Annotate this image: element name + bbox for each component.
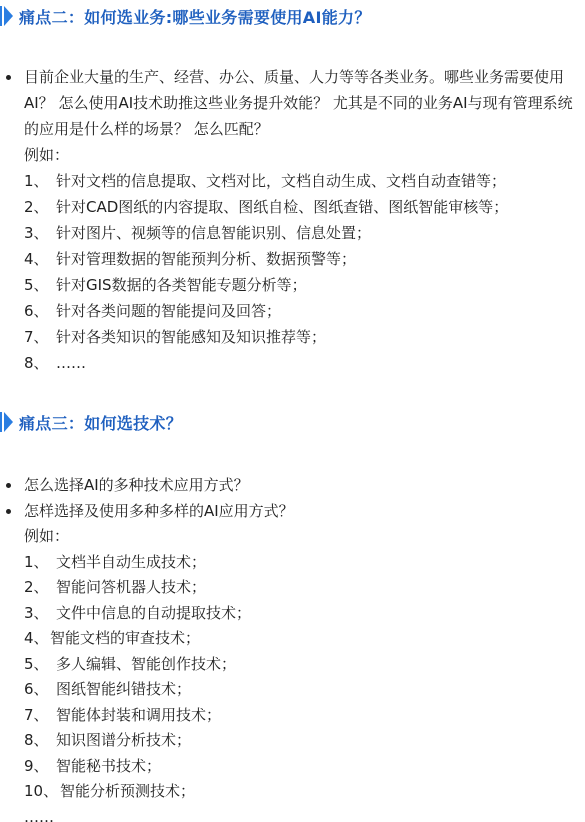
example-item: 10、智能分析预测技术；: [0, 779, 585, 805]
section-body-pain-point-3: 怎么选择AI的多种技术应用方式？ 怎样选择及使用多种多样的AI应用方式？ 例如：…: [0, 473, 585, 822]
example-item: 9、智能秘书技术；: [0, 754, 585, 780]
example-item: 3、针对图片、视频等的信息智能识别、信息处置；: [0, 220, 585, 246]
section-heading-pain-point-3: 痛点三：如何选技术？: [0, 410, 182, 434]
heading-marker-icon: [0, 411, 13, 433]
example-item: 3、文件中信息的自动提取技术；: [0, 601, 585, 627]
example-item: 1、针对文档的信息提取、文档对比，文档自动生成、文档自动查错等；: [0, 168, 585, 194]
example-item: 7、智能体封装和调用技术；: [0, 703, 585, 729]
heading-marker-icon: [0, 5, 13, 27]
section-body-pain-point-2: 目前企业大量的生产、经营、办公、质量、人力等等各类业务。哪些业务需要使用AI？ …: [0, 64, 585, 376]
example-item: 6、针对各类问题的智能提问及回答；: [0, 298, 585, 324]
example-item: 5、多人编辑、智能创作技术；: [0, 652, 585, 678]
example-label: 例如：: [0, 524, 585, 550]
example-item: 2、智能问答机器人技术；: [0, 575, 585, 601]
bullet-icon: [6, 75, 11, 80]
heading-text: 痛点三：如何选技术？: [19, 411, 182, 434]
example-item: 5、针对GIS数据的各类智能专题分析等；: [0, 272, 585, 298]
example-item: 6、图纸智能纠错技术；: [0, 677, 585, 703]
section-heading-pain-point-2: 痛点二：如何选业务:哪些业务需要使用AI能力？: [0, 4, 371, 28]
example-item: 1、文档半自动生成技术；: [0, 550, 585, 576]
bullet-item: 怎么选择AI的多种技术应用方式？: [0, 473, 585, 499]
bullet-icon: [6, 483, 11, 488]
example-item: 8、……: [0, 350, 585, 376]
example-item: 4、智能文档的审查技术；: [0, 626, 585, 652]
heading-text: 痛点二：如何选业务:哪些业务需要使用AI能力？: [19, 5, 371, 28]
bullet-icon: [6, 509, 11, 514]
example-item: 2、针对CAD图纸的内容提取、图纸自检、图纸查错、图纸智能审核等；: [0, 194, 585, 220]
bullet-item: 怎样选择及使用多种多样的AI应用方式？: [0, 499, 585, 525]
example-item: 8、知识图谱分析技术；: [0, 728, 585, 754]
example-item: 7、针对各类知识的智能感知及知识推荐等；: [0, 324, 585, 350]
example-item: 4、针对管理数据的智能预判分析、数据预警等；: [0, 246, 585, 272]
bullet-item: 目前企业大量的生产、经营、办公、质量、人力等等各类业务。哪些业务需要使用AI？ …: [0, 64, 585, 142]
example-label: 例如：: [0, 142, 585, 168]
trailing-ellipsis: ……: [0, 805, 585, 822]
